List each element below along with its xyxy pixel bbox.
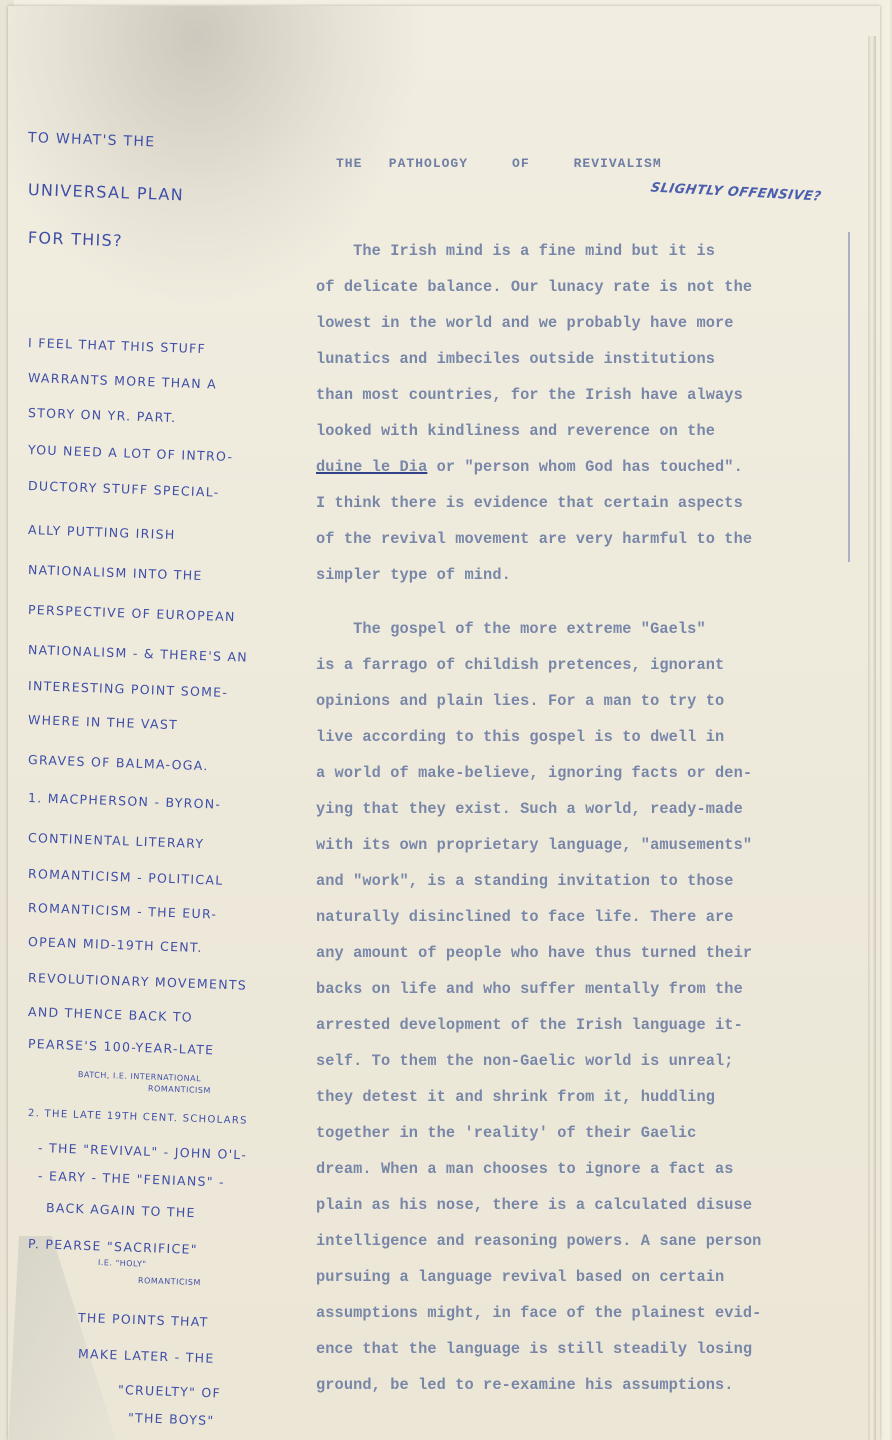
text-line: than most countries, for the Irish have … [316,386,743,404]
text-line: looked with kindliness and reverence on … [316,422,715,440]
text-line: lunatics and imbeciles outside instituti… [316,350,715,368]
text-line: assumptions might, in face of the plaine… [316,1304,761,1322]
text-line: dream. When a man chooses to ignore a fa… [316,1160,734,1178]
text-line: is a farrago of childish pretences, igno… [316,656,724,674]
text-line: intelligence and reasoning powers. A san… [316,1232,761,1250]
text-line: live according to this gospel is to dwel… [316,728,724,746]
text-line: self. To them the non-Gaelic world is un… [316,1052,734,1070]
text-line: arrested development of the Irish langua… [316,1016,743,1034]
margin-side-mark [848,232,850,562]
text-line: backs on life and who suffer mentally fr… [316,980,743,998]
text-line: pursuing a language revival based on cer… [316,1268,724,1286]
handwritten-line: i.e. "HOLY" [98,1258,147,1269]
text-line: of delicate balance. Our lunacy rate is … [316,278,752,296]
text-line: together in the 'reality' of their Gaeli… [316,1124,696,1142]
text-line: ground, be led to re-examine his assumpt… [316,1376,734,1394]
text-line: duine le Dia or "person whom God has tou… [316,458,743,476]
text-line: simpler type of mind. [316,566,511,584]
text-line: of the revival movement are very harmful… [316,530,752,548]
page-edge [868,36,876,1440]
text-line: opinions and plain lies. For a man to tr… [316,692,724,710]
text-line: The gospel of the more extreme "Gaels" [316,620,706,638]
handwritten-line: FOR THIS? [28,228,123,250]
text-line: and "work", is a standing invitation to … [316,872,734,890]
text-line: a world of make-believe, ignoring facts … [316,764,752,782]
document-title: THE PATHOLOGY OF REVIVALISM [336,156,662,171]
text-line: any amount of people who have thus turne… [316,944,752,962]
text-line: naturally disinclined to face life. Ther… [316,908,734,926]
text-line: ence that the language is still steadily… [316,1340,752,1358]
irish-phrase-underlined: duine le Dia [316,458,427,476]
text-fragment: or "person whom God has touched". [437,458,743,476]
text-line: with its own proprietary language, "amus… [316,836,752,854]
handwritten-line: "THE BOYS" [128,1410,215,1428]
text-line: plain as his nose, there is a calculated… [316,1196,752,1214]
text-line: ying that they exist. Such a world, read… [316,800,743,818]
text-line: I think there is evidence that certain a… [316,494,743,512]
text-line: they detest it and shrink from it, huddl… [316,1088,715,1106]
text-line: The Irish mind is a fine mind but it is [316,242,715,260]
text-line: lowest in the world and we probably have… [316,314,734,332]
